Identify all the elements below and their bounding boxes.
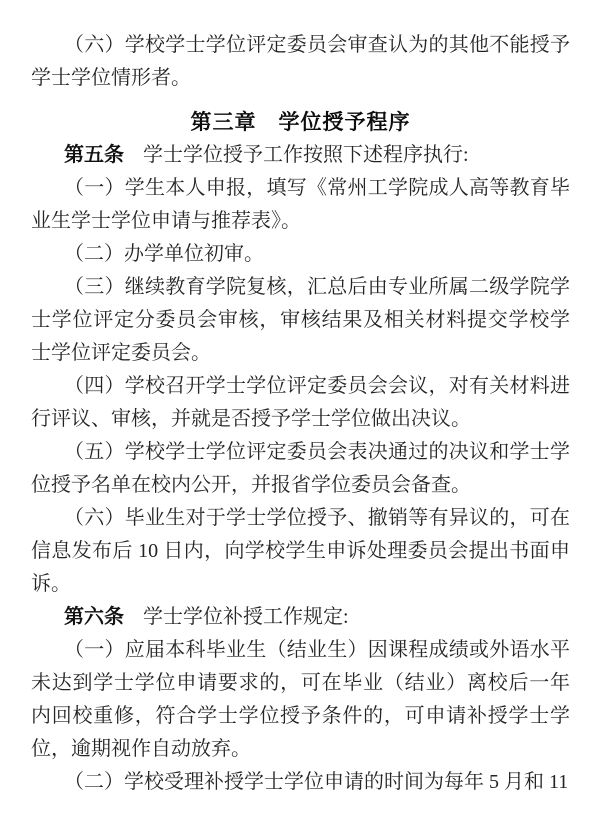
article-6-text: 学士学位补授工作规定: <box>143 606 349 628</box>
article-6-heading: 第六条学士学位补授工作规定: <box>31 601 570 634</box>
article-6-item-1: （一）应届本科毕业生（结业生）因课程成绩或外语水平未达到学士学位申请要求的，可在… <box>31 634 570 766</box>
chapter-heading: 第三章 学位授予程序 <box>31 106 570 139</box>
article-5-item-5: （五）学校学士学位评定委员会表决通过的决议和学士学位授予名单在校内公开，并报省学… <box>31 436 570 502</box>
article-5-item-2: （二）办学单位初审。 <box>31 238 570 271</box>
article-5-item-3: （三）继续教育学院复核，汇总后由专业所属二级学院学士学位评定分委员会审核，审核结… <box>31 271 570 370</box>
article-5-item-1: （一）学生本人申报，填写《常州工学院成人高等教育毕业生学士学位申请与推荐表》。 <box>31 172 570 238</box>
clause-previous-item-6: （六）学校学士学位评定委员会审查认为的其他不能授予学士学位情形者。 <box>31 29 570 95</box>
article-6-item-2-continues-next-page: （二）学校受理补授学士学位申请的时间为每年 5 月和 11 <box>31 766 570 799</box>
article-5-label: 第五条 <box>64 144 124 166</box>
document-page: （六）学校学士学位评定委员会审查认为的其他不能授予学士学位情形者。 第三章 学位… <box>0 0 595 824</box>
article-5-heading: 第五条学士学位授予工作按照下述程序执行: <box>31 139 570 172</box>
article-5-text: 学士学位授予工作按照下述程序执行: <box>143 144 469 166</box>
article-6-label: 第六条 <box>64 606 124 628</box>
article-5-item-6: （六）毕业生对于学士学位授予、撤销等有异议的，可在信息发布后 10 日内，向学校… <box>31 502 570 601</box>
article-5-item-4: （四）学校召开学士学位评定委员会会议，对有关材料进行评议、审核，并就是否授予学士… <box>31 370 570 436</box>
